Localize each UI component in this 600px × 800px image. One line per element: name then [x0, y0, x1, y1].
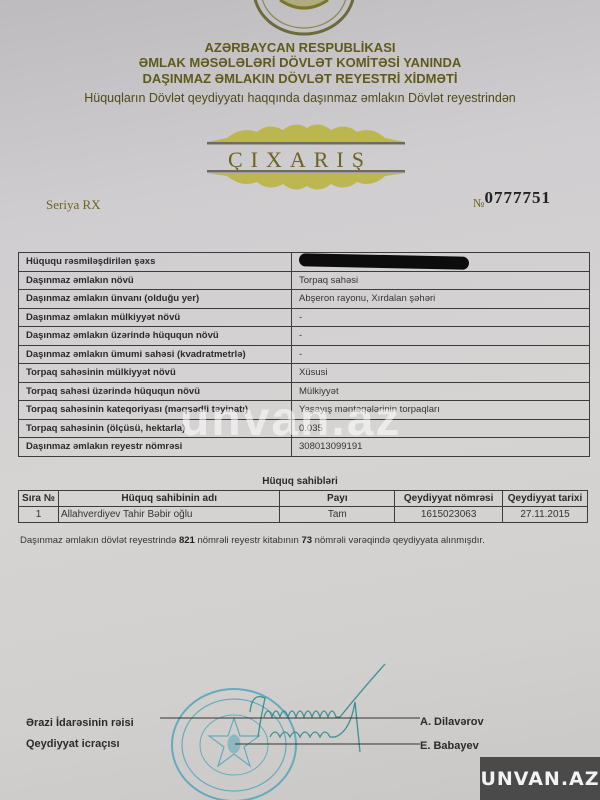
signer-role-2: Qeydiyyat icraçısı — [26, 738, 120, 750]
owner-cell: 1615023063 — [395, 507, 503, 523]
statement-suffix: nömrəli vərəqində qeydiyyata alınmışdır. — [315, 535, 485, 546]
owner-cell: Allahverdiyev Tahir Bəbir oğlu — [58, 507, 280, 523]
site-badge: UNVAN.AZ — [480, 757, 600, 800]
info-value: - — [292, 345, 590, 364]
redaction-mark — [299, 253, 469, 270]
info-row: Daşınmaz əmlakın ünvanı (olduğu yer)Abşe… — [19, 290, 590, 309]
document-number: №0777751 — [473, 188, 551, 211]
info-label: Daşınmaz əmlakın növü — [19, 271, 292, 290]
document-subtitle: Hüquqların Dövlət qeydiyyatı haqqında da… — [0, 91, 600, 105]
signer-name-2: E. Babayev — [420, 740, 479, 752]
state-emblem-icon — [248, 0, 360, 36]
info-row: Hüququ rəsmiləşdirilən şəxs — [19, 253, 590, 272]
owner-cell: 27.11.2015 — [503, 507, 588, 523]
ornament-top-icon — [207, 116, 405, 146]
info-row: Daşınmaz əmlakın ümumi sahəsi (kvadratme… — [19, 345, 590, 364]
info-label: Hüququ rəsmiləşdirilən şəxs — [19, 253, 292, 272]
info-label: Daşınmaz əmlakın ünvanı (olduğu yer) — [19, 290, 292, 309]
header-line-2: ƏMLAK MƏSƏLƏLƏRİ DÖVLƏT KOMİTƏSİ YANINDA — [0, 55, 600, 70]
owners-column-header: Payı — [280, 491, 395, 507]
owners-column-header: Hüquq sahibinin adı — [58, 491, 280, 507]
owner-cell: Tam — [280, 507, 395, 523]
info-value — [292, 253, 590, 272]
owners-title: Hüquq sahibləri — [0, 476, 600, 487]
info-label: Daşınmaz əmlakın mülkiyyət növü — [19, 308, 292, 327]
header-line-1: AZƏRBAYCAN RESPUBLİKASI — [0, 40, 600, 55]
owners-column-header: Sıra № — [19, 491, 59, 507]
faint-watermark: unvan.az — [180, 392, 401, 447]
info-row: Daşınmaz əmlakın üzərində hüququn növü- — [19, 327, 590, 346]
registration-statement: Daşınmaz əmlakın dövlət reyestrində 821 … — [20, 535, 485, 546]
info-row: Torpaq sahəsinin mülkiyyət növüXüsusi — [19, 364, 590, 383]
info-label: Torpaq sahəsinin mülkiyyət növü — [19, 364, 292, 383]
signer-name-1: A. Dilavərov — [420, 716, 484, 728]
owners-table: Sıra №Hüquq sahibinin adıPayıQeydiyyat n… — [18, 490, 588, 523]
book-number: 821 — [179, 535, 195, 546]
number-value: 0777751 — [484, 188, 551, 207]
statement-middle: nömrəli reyestr kitabının — [197, 535, 298, 546]
info-value: - — [292, 327, 590, 346]
owners-column-header: Qeydiyyat nömrəsi — [395, 491, 503, 507]
info-value: Torpaq sahəsi — [292, 271, 590, 290]
info-row: Daşınmaz əmlakın mülkiyyət növü- — [19, 308, 590, 327]
info-label: Daşınmaz əmlakın üzərində hüququn növü — [19, 327, 292, 346]
owners-column-header: Qeydiyyat tarixi — [503, 491, 588, 507]
info-value: - — [292, 308, 590, 327]
owner-row: 1Allahverdiyev Tahir Bəbir oğluTam161502… — [19, 507, 588, 523]
info-value: Abşeron rayonu, Xırdalan şəhəri — [292, 290, 590, 309]
header-line-3: DAŞINMAZ ƏMLAKIN DÖVLƏT REYESTRİ XİDMƏTİ — [0, 71, 600, 86]
ornament-bottom-icon — [207, 168, 405, 198]
info-label: Daşınmaz əmlakın ümumi sahəsi (kvadratme… — [19, 345, 292, 364]
series-label: Seriya RX — [46, 197, 101, 213]
info-row: Daşınmaz əmlakın növüTorpaq sahəsi — [19, 271, 590, 290]
owner-cell: 1 — [19, 507, 59, 523]
statement-prefix: Daşınmaz əmlakın dövlət reyestrində — [20, 535, 176, 546]
number-sign: № — [473, 196, 484, 210]
signature-strokes — [160, 662, 430, 770]
page-number: 73 — [301, 535, 312, 546]
signer-role-1: Ərazi İdarəsinin rəisi — [26, 717, 134, 729]
info-value: Xüsusi — [292, 364, 590, 383]
